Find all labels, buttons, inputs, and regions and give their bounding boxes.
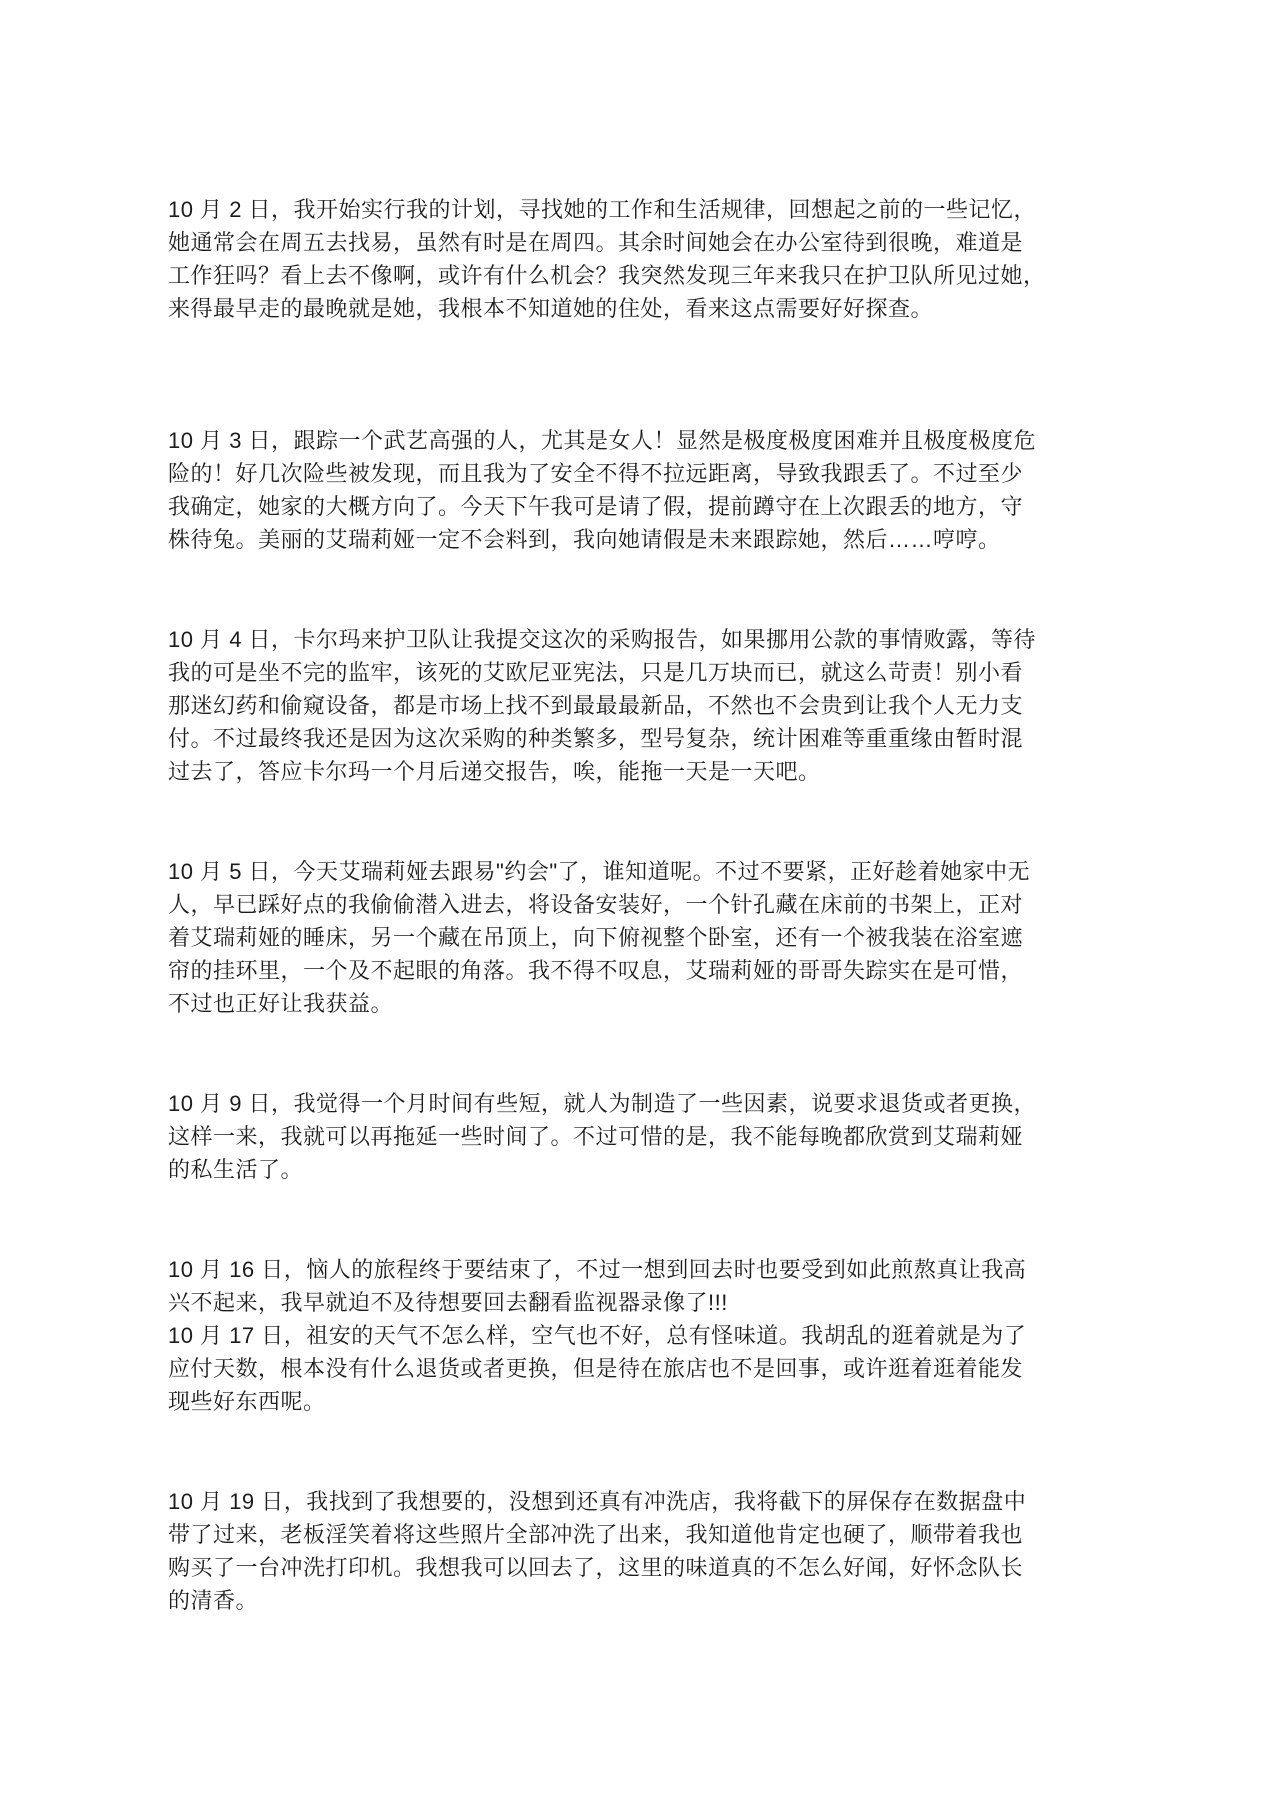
diary-entry-oct-19: 10 月 19 日，我找到了我想要的，没想到还真有冲洗店，我将截下的屏保存在数据…	[168, 1485, 1128, 1617]
diary-entry-oct-5: 10 月 5 日，今天艾瑞莉娅去跟易"约会"了，谁知道呢。不过不要紧，正好趁着她…	[168, 855, 1128, 1020]
diary-entry-oct-3: 10 月 3 日，跟踪一个武艺高强的人，尤其是女人！显然是极度极度困难并且极度极…	[168, 424, 1128, 556]
diary-entry-oct-16-17: 10 月 16 日，恼人的旅程终于要结束了，不过一想到回去时也要受到如此煎熬真让…	[168, 1253, 1128, 1418]
document-body: 10 月 2 日，我开始实行我的计划，寻找她的工作和生活规律，回想起之前的一些记…	[168, 193, 1128, 1617]
diary-entry-oct-4: 10 月 4 日，卡尔玛来护卫队让我提交这次的采购报告，如果挪用公款的事情败露，…	[168, 623, 1128, 788]
diary-entry-oct-2: 10 月 2 日，我开始实行我的计划，寻找她的工作和生活规律，回想起之前的一些记…	[168, 193, 1128, 325]
diary-entry-oct-9: 10 月 9 日，我觉得一个月时间有些短，就人为制造了一些因素，说要求退货或者更…	[168, 1087, 1128, 1186]
diary-page: 10 月 2 日，我开始实行我的计划，寻找她的工作和生活规律，回想起之前的一些记…	[0, 0, 1280, 1810]
